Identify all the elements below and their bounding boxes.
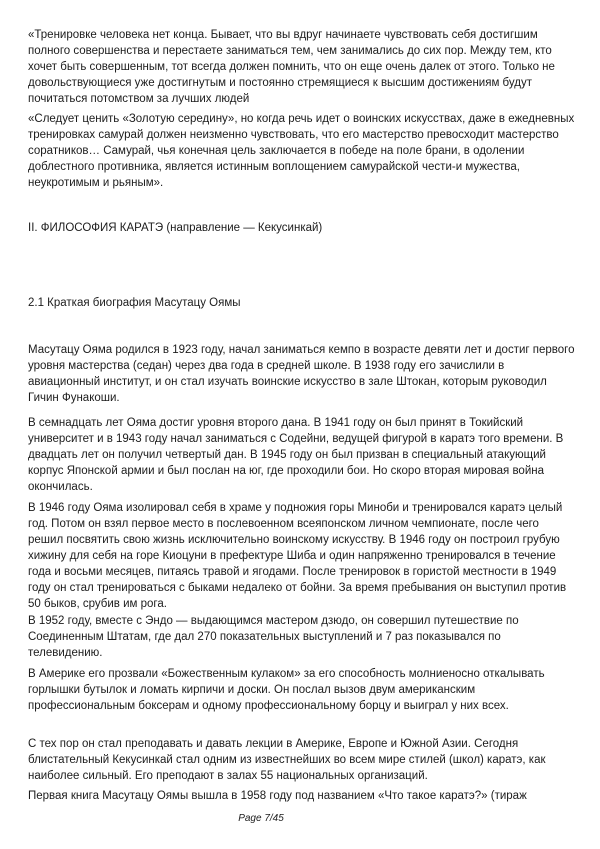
document-page: «Тренировке человека нет конца. Бывает, … bbox=[0, 0, 600, 849]
subsection-heading: 2.1 Краткая биография Масутацу Оямы bbox=[28, 295, 576, 311]
bio-paragraph-5: В Америке его прозвали «Божественным кул… bbox=[28, 666, 576, 714]
page-number-footer: Page 7/45 bbox=[0, 813, 522, 825]
section-heading: II. ФИЛОСОФИЯ КАРАТЭ (направление — Кеку… bbox=[28, 220, 576, 236]
bio-paragraph-1: Масутацу Ояма родился в 1923 году, начал… bbox=[28, 342, 576, 406]
bio-paragraph-4: В 1952 году, вместе с Эндо — выдающимся … bbox=[28, 613, 576, 661]
quote-paragraph-1: «Тренировке человека нет конца. Бывает, … bbox=[28, 27, 576, 107]
quote-paragraph-2: «Следует ценить «Золотую середину», но к… bbox=[28, 111, 576, 191]
bio-paragraph-6: С тех пор он стал преподавать и давать л… bbox=[28, 736, 576, 784]
bio-paragraph-2: В семнадцать лет Ояма достиг уровня втор… bbox=[28, 415, 576, 495]
bio-paragraph-3: В 1946 году Ояма изолировал себя в храме… bbox=[28, 500, 576, 612]
bio-paragraph-7: Первая книга Масутацу Оямы вышла в 1958 … bbox=[28, 788, 576, 804]
